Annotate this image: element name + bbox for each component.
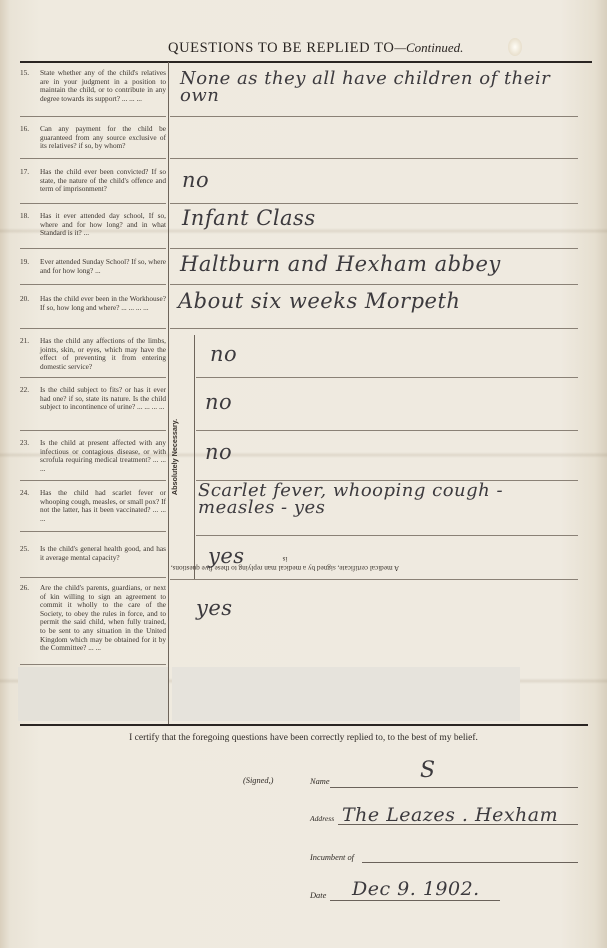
date-line — [330, 900, 500, 901]
answer-19[interactable]: Haltburn and Hexham abbey — [180, 252, 501, 276]
answer-line — [170, 248, 578, 249]
date-label: Date — [310, 891, 326, 900]
answer-line — [196, 377, 578, 378]
incumbent-label: Incumbent of — [310, 853, 354, 862]
answer-17[interactable]: no — [182, 168, 209, 192]
answer-26[interactable]: yes — [196, 596, 233, 620]
row-divider — [20, 664, 166, 665]
question-15: 15.State whether any of the child's rela… — [20, 69, 166, 103]
answer-line — [170, 116, 578, 117]
answer-25[interactable]: yes — [208, 544, 245, 568]
name-line — [330, 787, 578, 788]
column-divider — [168, 62, 169, 724]
answer-line — [170, 203, 578, 204]
row-divider — [20, 203, 166, 204]
question-21: 21.Has the child any affections of the l… — [20, 337, 166, 371]
question-23: 23.Is the child at present affected with… — [20, 439, 166, 473]
incumbent-line — [362, 862, 578, 863]
question-18: 18.Has it ever attended day school, If s… — [20, 212, 166, 238]
certification-statement: I certify that the foregoing questions h… — [0, 733, 607, 743]
address-label: Address — [310, 814, 334, 823]
signed-label: (Signed,) — [243, 776, 273, 785]
row-divider — [20, 248, 166, 249]
name-label: Name — [310, 777, 330, 786]
answer-20[interactable]: About six weeks Morpeth — [178, 289, 460, 313]
answer-line — [170, 284, 578, 285]
question-16: 16.Can any payment for the child be guar… — [20, 125, 166, 151]
row-divider — [20, 328, 166, 329]
row-divider — [20, 480, 166, 481]
answer-21[interactable]: no — [210, 342, 237, 366]
answer-18[interactable]: Infant Class — [182, 206, 316, 230]
answer-24[interactable]: Scarlet fever, whooping cough - measles … — [198, 482, 538, 516]
document-page: QUESTIONS TO BE REPLIED TO—Continued. 15… — [0, 0, 607, 948]
row-divider — [20, 158, 166, 159]
address-field[interactable]: The Leazes . Hexham — [342, 804, 558, 826]
row-divider — [20, 430, 166, 431]
answer-line — [196, 535, 578, 536]
blank-region — [18, 667, 168, 721]
paper-stain — [508, 38, 522, 56]
name-field[interactable]: S — [420, 758, 436, 783]
answer-22[interactable]: no — [205, 390, 232, 414]
medical-bracket-divider — [194, 335, 195, 579]
header-rule — [20, 61, 592, 63]
row-divider — [20, 531, 166, 532]
answer-line — [170, 158, 578, 159]
question-25: 25.Is the child's general health good, a… — [20, 545, 166, 562]
question-19: 19.Ever attended Sunday School? If so, w… — [20, 258, 166, 275]
answer-15[interactable]: None as they all have children of their … — [180, 70, 580, 104]
question-22: 22.Is the child subject to fits? or has … — [20, 386, 166, 412]
page-title: QUESTIONS TO BE REPLIED TO—Continued. — [168, 40, 463, 57]
answer-line — [170, 328, 578, 329]
section-rule — [20, 724, 588, 726]
row-divider — [20, 377, 166, 378]
answer-23[interactable]: no — [205, 440, 232, 464]
question-17: 17.Has the child ever been convicted? If… — [20, 168, 166, 194]
blank-region — [172, 667, 520, 721]
answer-line — [196, 430, 578, 431]
date-field[interactable]: Dec 9. 1902. — [352, 878, 480, 900]
medical-certificate-note: A medical certificate, signed by a medic… — [170, 342, 192, 572]
row-divider — [20, 284, 166, 285]
question-24: 24.Has the child had scarlet fever or wh… — [20, 489, 166, 523]
question-20: 20.Has the child ever been in the Workho… — [20, 295, 166, 312]
question-26: 26.Are the child's parents, guardians, o… — [20, 584, 166, 653]
row-divider — [20, 116, 166, 117]
answer-line — [170, 579, 578, 580]
row-divider — [20, 577, 166, 578]
